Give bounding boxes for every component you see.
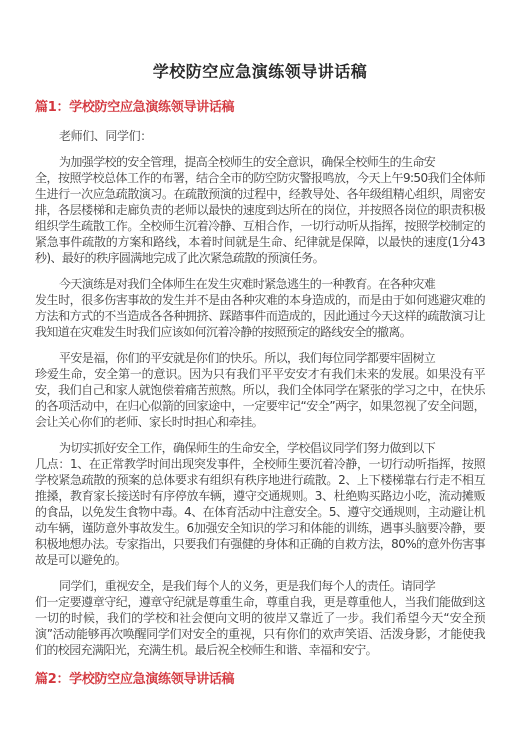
document-page: 学校防空应急演练领导讲话稿 篇1：学校防空应急演练领导讲话稿 老师们、同学们： … xyxy=(0,0,520,736)
paragraph-1-first-line: 为加强学校的安全管理，提高全校师生的安全意识，确保全校师生的生命安 xyxy=(59,155,435,169)
page-title: 学校防空应急演练领导讲话稿 xyxy=(35,0,485,84)
paragraph-1-body: 全，按照学校总体工作的布署，结合全市的防空防灾警报鸣放，今天上午9:50我们全体… xyxy=(35,171,485,265)
paragraph-2: 今天演练是对我们全体师生在发生灾难时紧急逃生的一种教育。在各种灾难发生时，很多伤… xyxy=(35,276,485,340)
section-2-heading: 篇2：学校防空应急演练领导讲话稿 xyxy=(35,672,485,688)
paragraph-4-first-line: 为切实抓好安全工作，确保师生的生命安全，学校倡议同学们努力做到以下 xyxy=(59,441,435,455)
paragraph-4-body: 几点：1、在正常教学时间出现突发事件，全校师生要沉着冷静，一切行动听指挥，按照学… xyxy=(35,457,485,567)
paragraph-1: 为加强学校的安全管理，提高全校师生的安全意识，确保全校师生的生命安全，按照学校总… xyxy=(35,154,485,266)
paragraph-3: 平安是福，你们的平安就是你们的快乐。所以，我们每位同学都要牢固树立珍爱生命，安全… xyxy=(35,350,485,430)
paragraph-4: 为切实抓好安全工作，确保师生的生命安全，学校倡议同学们努力做到以下几点：1、在正… xyxy=(35,440,485,568)
section-1-heading: 篇1：学校防空应急演练领导讲话稿 xyxy=(35,100,485,116)
salutation-line: 老师们、同学们： xyxy=(35,128,485,144)
paragraph-3-first-line: 平安是福，你们的平安就是你们的快乐。所以，我们每位同学都要牢固树立 xyxy=(59,351,435,365)
paragraph-5-first-line: 同学们，重视安全，是我们每个人的义务，更是我们每个人的责任。请同学 xyxy=(59,579,435,593)
paragraph-3-body: 珍爱生命，安全第一的意识。因为只有我们平平安安才有我们未来的发展。如果没有平安，… xyxy=(35,367,485,429)
paragraph-2-body: 发生时，很多伤害事故的发生并不是由各种灾难的本身造成的，而是由于如何逃避灾难的方… xyxy=(35,293,485,339)
paragraph-5-body: 们一定要遵章守纪，遵章守纪就是尊重生命，尊重自我，更是尊重他人，当我们能做到这一… xyxy=(35,595,485,657)
paragraph-2-first-line: 今天演练是对我们全体师生在发生灾难时紧急逃生的一种教育。在各种灾难 xyxy=(59,277,435,291)
paragraph-5: 同学们，重视安全，是我们每个人的义务，更是我们每个人的责任。请同学们一定要遵章守… xyxy=(35,578,485,658)
